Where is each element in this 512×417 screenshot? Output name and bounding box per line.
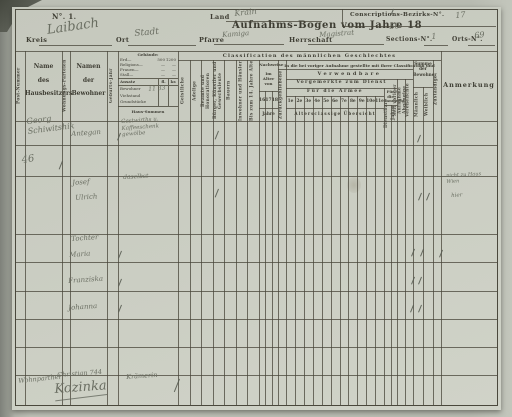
grid-line	[286, 96, 384, 97]
geburt-col-header: Geburts-Jahr	[107, 51, 118, 121]
anmerkung-header: Anmerkung	[441, 81, 497, 89]
zustaendige-col-header: Zuständige	[433, 60, 441, 121]
classification-title: Classification des männlichen Geschlecht…	[178, 53, 441, 59]
grid-line	[342, 26, 496, 27]
grid-line	[15, 145, 497, 146]
hw-haus-1: Gastwirths u.Kaffeeschenkgewölbe	[121, 116, 160, 138]
hw-post-46: 46	[21, 153, 35, 167]
hw-year-value: 50	[389, 21, 400, 31]
hw-haus-2: daselbst	[123, 173, 149, 182]
age-class-cell: 3e	[304, 99, 313, 104]
summe-title: Summe der Bewohner	[413, 61, 433, 77]
gebaeude-footer: Haus-Summen	[118, 107, 178, 114]
grid-line	[15, 291, 497, 292]
grid-line	[357, 96, 358, 405]
grid-line	[278, 69, 413, 70]
grid-line	[391, 105, 392, 405]
nachweise-sub: Im Alter von	[259, 71, 278, 86]
age-class-cell: 5e	[322, 99, 331, 104]
post-col-header: Post-Nummer	[15, 51, 25, 121]
hw-ort-value: Stadt	[134, 27, 159, 40]
grid-line	[15, 405, 497, 406]
grid-line	[441, 51, 442, 405]
abgaengige-col-header: Seit voriger Aufnahme Abgängige	[397, 79, 405, 121]
grid-line	[384, 88, 385, 405]
class-col-header: Geistliche	[178, 60, 190, 121]
grid-line	[308, 44, 384, 45]
ort-label: Ort	[116, 37, 129, 44]
section-label: Sections-N°.	[386, 37, 432, 43]
age-class-cell: 4e	[313, 99, 322, 104]
grid-line	[397, 79, 398, 405]
grid-line	[15, 51, 497, 52]
kreis-label: Kreis	[26, 37, 47, 44]
grid-line	[331, 96, 332, 405]
grid-line	[497, 51, 498, 405]
grid-line	[265, 91, 266, 405]
hw-bewohner-2b: Ulrich	[75, 192, 98, 202]
grid-line	[423, 87, 424, 405]
owner-col-header: Name des Hausbesitzers	[25, 63, 62, 98]
grid-line	[214, 44, 284, 45]
class-col-header: Beamte und Honoratioren	[201, 60, 213, 121]
grid-line	[25, 51, 26, 405]
grid-line	[39, 45, 112, 46]
age-class-cell: 10e	[366, 99, 375, 104]
nachweise-title: Nachweise	[259, 62, 278, 67]
grid-line	[405, 79, 406, 405]
age-class-cell: 2e	[295, 99, 304, 104]
age-class-cell: 8e	[348, 99, 357, 104]
summe-col-header: Weiblich	[423, 87, 433, 121]
grid-line	[259, 60, 260, 405]
grid-line	[128, 45, 196, 46]
zurueck-col-header: Zurückgebliebene	[278, 69, 286, 121]
bewohner-col-header: Namen der Bewohner	[70, 63, 107, 98]
hw-conscr-value: 17	[455, 10, 466, 20]
class-col-header: Bis zum 14. Jahre Alte	[247, 60, 259, 121]
class-col-header: Bürger, Künstler und Gewerbsleute	[213, 60, 225, 121]
grid-line	[15, 347, 497, 348]
grid-line	[286, 108, 384, 109]
grid-line	[286, 88, 397, 89]
hw-remark-2b: hier	[451, 192, 463, 199]
grid-line	[272, 91, 273, 405]
grid-line	[259, 108, 278, 109]
pfarre-label: Pfarre	[199, 37, 224, 44]
ages-footer: Altersclassige Übersicht	[286, 111, 384, 116]
gebaeude-row: Stall— — —	[118, 72, 178, 77]
grid-line	[70, 51, 71, 405]
grid-line	[322, 96, 323, 405]
class-col-header: Adelige	[190, 60, 202, 121]
grid-line	[313, 96, 314, 405]
hw-orts-value: 69	[474, 30, 485, 40]
grid-line	[468, 45, 495, 46]
hw-remark-2: nicht zu HausWien	[446, 171, 482, 185]
ink-stain	[347, 177, 361, 193]
hw-section-value: 1	[431, 32, 437, 42]
grid-line	[304, 96, 305, 405]
grid-line	[15, 262, 497, 263]
grid-line	[366, 96, 367, 405]
scanned-census-sheet: N°. 1. Land Conscriptions-Bezirks-N°. Au…	[0, 0, 512, 417]
verwendbare-line: Verwendbare	[286, 71, 413, 77]
grid-line	[226, 21, 322, 22]
grid-line	[340, 96, 341, 405]
age-class-cell: 7e	[339, 99, 348, 104]
grid-line	[342, 9, 343, 26]
grid-line	[295, 96, 296, 405]
hw-bewohner-3b: Maria	[69, 250, 91, 260]
age-class-cell: 1e	[286, 99, 295, 104]
age-class-cell: 6e	[331, 99, 340, 104]
grid-line	[259, 91, 278, 92]
hw-row9-name2: Kozinka	[54, 378, 107, 399]
grid-line	[286, 60, 287, 405]
age-class-cell: 11e	[375, 99, 384, 104]
grid-line	[424, 45, 448, 46]
reserve-col-header: Dienstbare	[384, 105, 391, 121]
reserve-col-header: Jahre	[391, 105, 398, 121]
class-col-header: Inwohner und Häusler	[236, 60, 248, 121]
grid-line	[348, 96, 349, 405]
summe-col-header: Männlich	[413, 87, 423, 121]
grid-line	[375, 96, 376, 405]
armee-line: Für die Armee	[286, 89, 384, 95]
age-class-cell: 9e	[357, 99, 366, 104]
partei-col-header: Wohnungs-Parteien	[62, 51, 70, 121]
verehelichte-col-header: Verehelichte	[405, 79, 413, 121]
grid-line	[15, 319, 497, 320]
hw-gebaeude-value: 11 33	[148, 85, 166, 94]
nachweise-footer: Jahre	[259, 111, 278, 116]
grid-line	[15, 176, 497, 177]
grid-line	[15, 121, 497, 122]
class-col-header: Bauern	[224, 60, 236, 121]
nachweise-year-cell: 18	[272, 98, 278, 104]
hw-bewohner-2a: Josef	[72, 178, 90, 188]
census-form-paper: N°. 1. Land Conscriptions-Bezirks-N°. Au…	[12, 7, 501, 410]
grid-line	[118, 51, 119, 405]
vorgemerkte-line: Vorgemerkte zum Dienst	[286, 80, 397, 86]
conscription-label: Conscriptions-Bezirks-N°.	[350, 13, 444, 19]
